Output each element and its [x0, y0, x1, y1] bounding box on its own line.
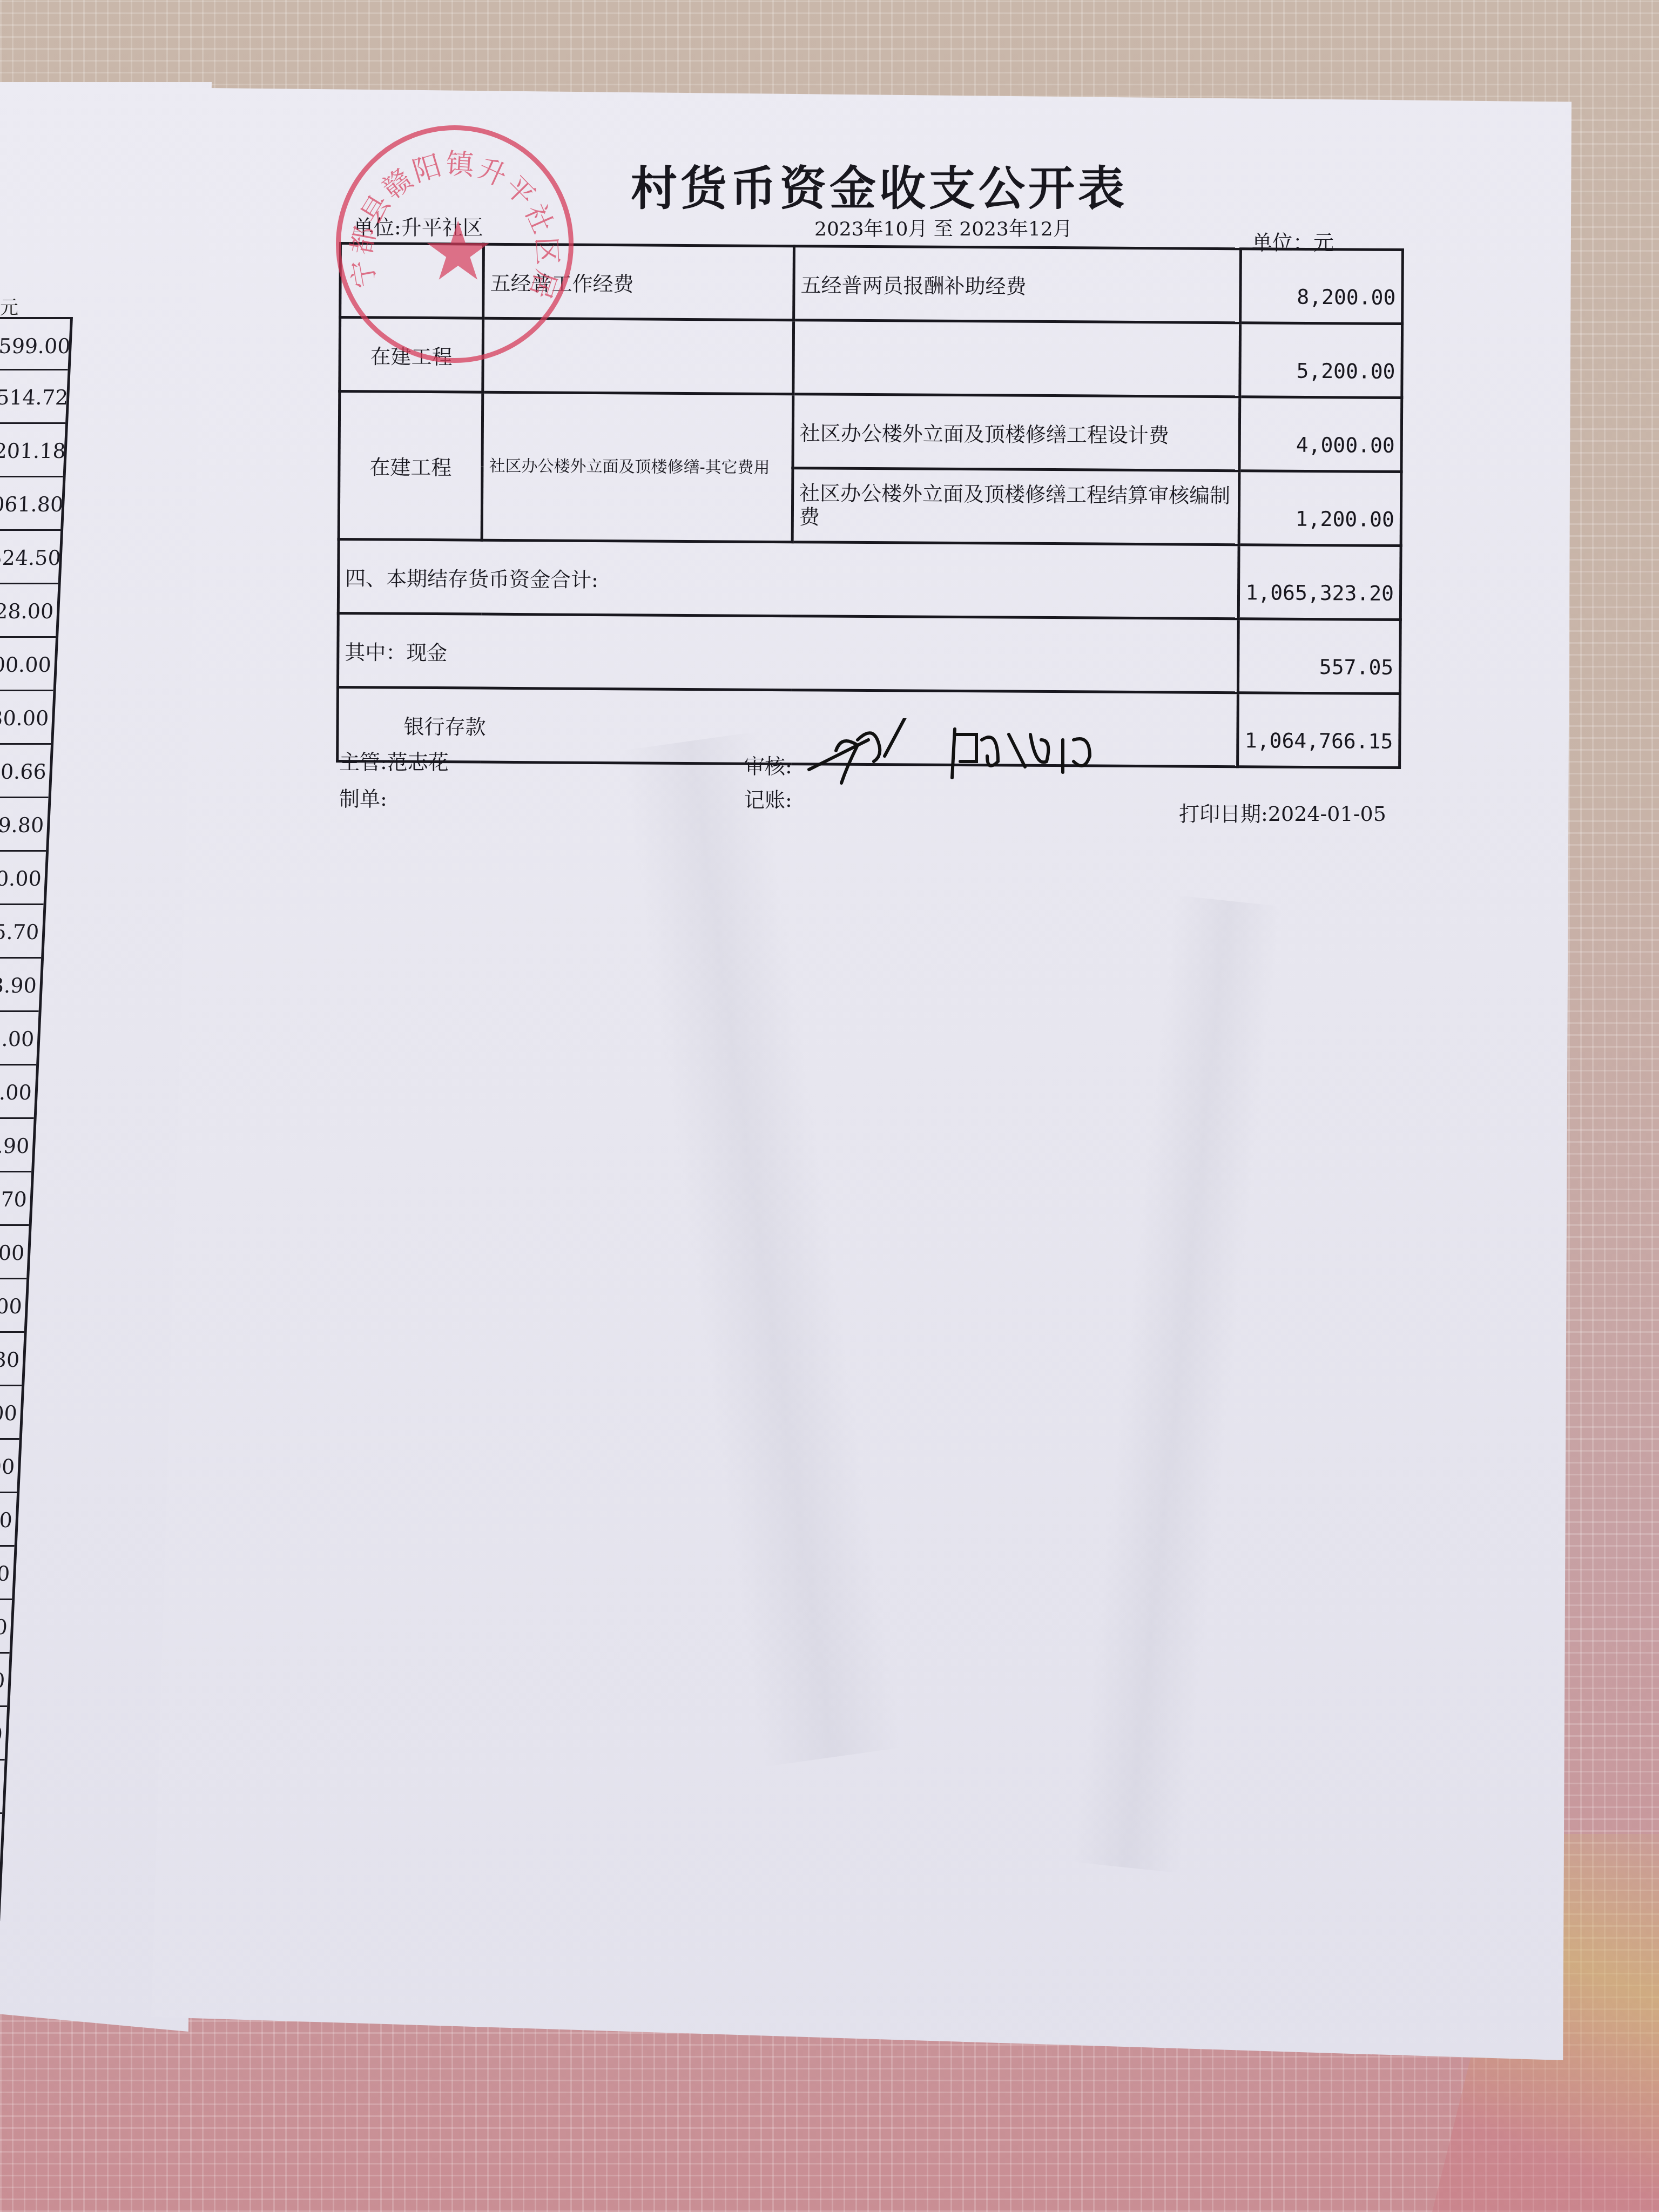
left-amount-cell: 0	[0, 1814, 2, 1867]
left-amount-cell: 30	[0, 1333, 24, 1386]
table-row: 五经普工作经费 五经普两员报酬补助经费 8,200.00	[340, 244, 1403, 324]
left-amount-cell: 30.00	[0, 691, 53, 745]
left-amount-cell: 00	[0, 1440, 19, 1493]
left-amount-cell: 00	[0, 1493, 17, 1547]
bookkeeper-label: 记账:	[744, 783, 792, 813]
subcategory-cell: 社区办公楼外立面及顶楼修缮-其它费用	[482, 392, 793, 542]
paper-crease	[621, 731, 902, 1767]
left-amount-cell: 00	[0, 1386, 22, 1440]
left-amount-cell: 3.90	[0, 959, 41, 1012]
subcategory-cell: 五经普工作经费	[483, 244, 794, 320]
left-amount-cell: 00.00	[0, 638, 56, 691]
total-label: 四、本期结存货币资金合计:	[338, 539, 1239, 619]
left-amount-cell: 0	[0, 1654, 10, 1707]
report-period: 2023年10月 至 2023年12月	[814, 214, 1073, 241]
amount-cell: 1,200.00	[1239, 471, 1401, 546]
left-amount-cell: 28.00	[0, 584, 58, 638]
table-row: 在建工程 5,200.00	[340, 318, 1402, 398]
category-cell	[340, 244, 484, 319]
summary-row-total: 四、本期结存货币资金合计: 1,065,323.20	[338, 539, 1401, 620]
print-date: 打印日期:2024-01-05	[1179, 797, 1386, 827]
table-row: 在建工程 社区办公楼外立面及顶楼修缮-其它费用 社区办公楼外立面及顶楼修缮工程设…	[339, 392, 1402, 472]
left-amount-cell: 514.72	[0, 370, 68, 424]
left-amount-cell: 2.00	[0, 1012, 39, 1065]
reviewer-label: 审核:	[744, 750, 792, 779]
left-amount-cell: 00	[0, 1547, 15, 1600]
total-amount: 1,065,323.20	[1239, 545, 1401, 620]
page-title: 村货币资金收支公开表	[631, 151, 1128, 218]
left-amount-cell: 9.80	[0, 798, 49, 852]
left-amount-cell: 0	[0, 1707, 7, 1761]
item-cell	[793, 320, 1240, 397]
handwritten-signature	[804, 718, 1138, 794]
preparer-label: 制单:	[339, 782, 387, 812]
left-amount-cell: 5.70	[0, 905, 44, 959]
ledger-table: 五经普工作经费 五经普两员报酬补助经费 8,200.00 在建工程 5,200.…	[336, 242, 1404, 769]
organization-unit: 单位:升平社区	[353, 211, 483, 240]
amount-cell: 4,000.00	[1239, 397, 1401, 472]
left-amount-cell: 061.80	[0, 477, 63, 531]
cash-label: 其中：现金	[338, 613, 1238, 693]
left-amount-cell: 524.50	[0, 531, 60, 584]
left-amount-cell: 00	[0, 1226, 29, 1279]
subcategory-cell	[483, 318, 794, 394]
paper-crease	[1073, 895, 1282, 1873]
amount-cell: 5,200.00	[1240, 323, 1402, 398]
left-unit-fragment: 元	[0, 293, 18, 319]
item-cell: 社区办公楼外立面及顶楼修缮工程结算审核编制费	[792, 468, 1239, 545]
left-amount-cell: 0.00	[0, 852, 46, 905]
left-amount-cell: 599.00	[0, 317, 70, 370]
bank-amount: 1,064,766.15	[1238, 693, 1400, 768]
left-amount-cell: .00	[0, 1065, 36, 1119]
left-amount-cell: .70	[0, 1172, 31, 1226]
left-amount-column: 599.00514.72201.18061.80524.5028.0000.00…	[0, 317, 73, 1921]
supervisor-label: 主管:范志花	[339, 745, 449, 775]
amount-cell: 8,200.00	[1240, 249, 1402, 324]
item-cell: 社区办公楼外立面及顶楼修缮工程设计费	[793, 394, 1240, 471]
left-amount-cell: .90	[0, 1119, 34, 1172]
left-amount-cell: 00	[0, 1600, 12, 1654]
summary-row-cash: 其中：现金 557.05	[338, 613, 1400, 694]
left-amount-cell: 7	[0, 1761, 5, 1814]
left-amount-cell: 00.66	[0, 745, 51, 798]
cash-amount: 557.05	[1238, 619, 1400, 694]
left-amount-cell: 201.18	[0, 424, 65, 477]
item-cell: 五经普两员报酬补助经费	[794, 246, 1241, 323]
category-cell: 在建工程	[339, 392, 483, 541]
left-amount-cell: 00	[0, 1279, 26, 1333]
category-cell: 在建工程	[340, 318, 483, 393]
